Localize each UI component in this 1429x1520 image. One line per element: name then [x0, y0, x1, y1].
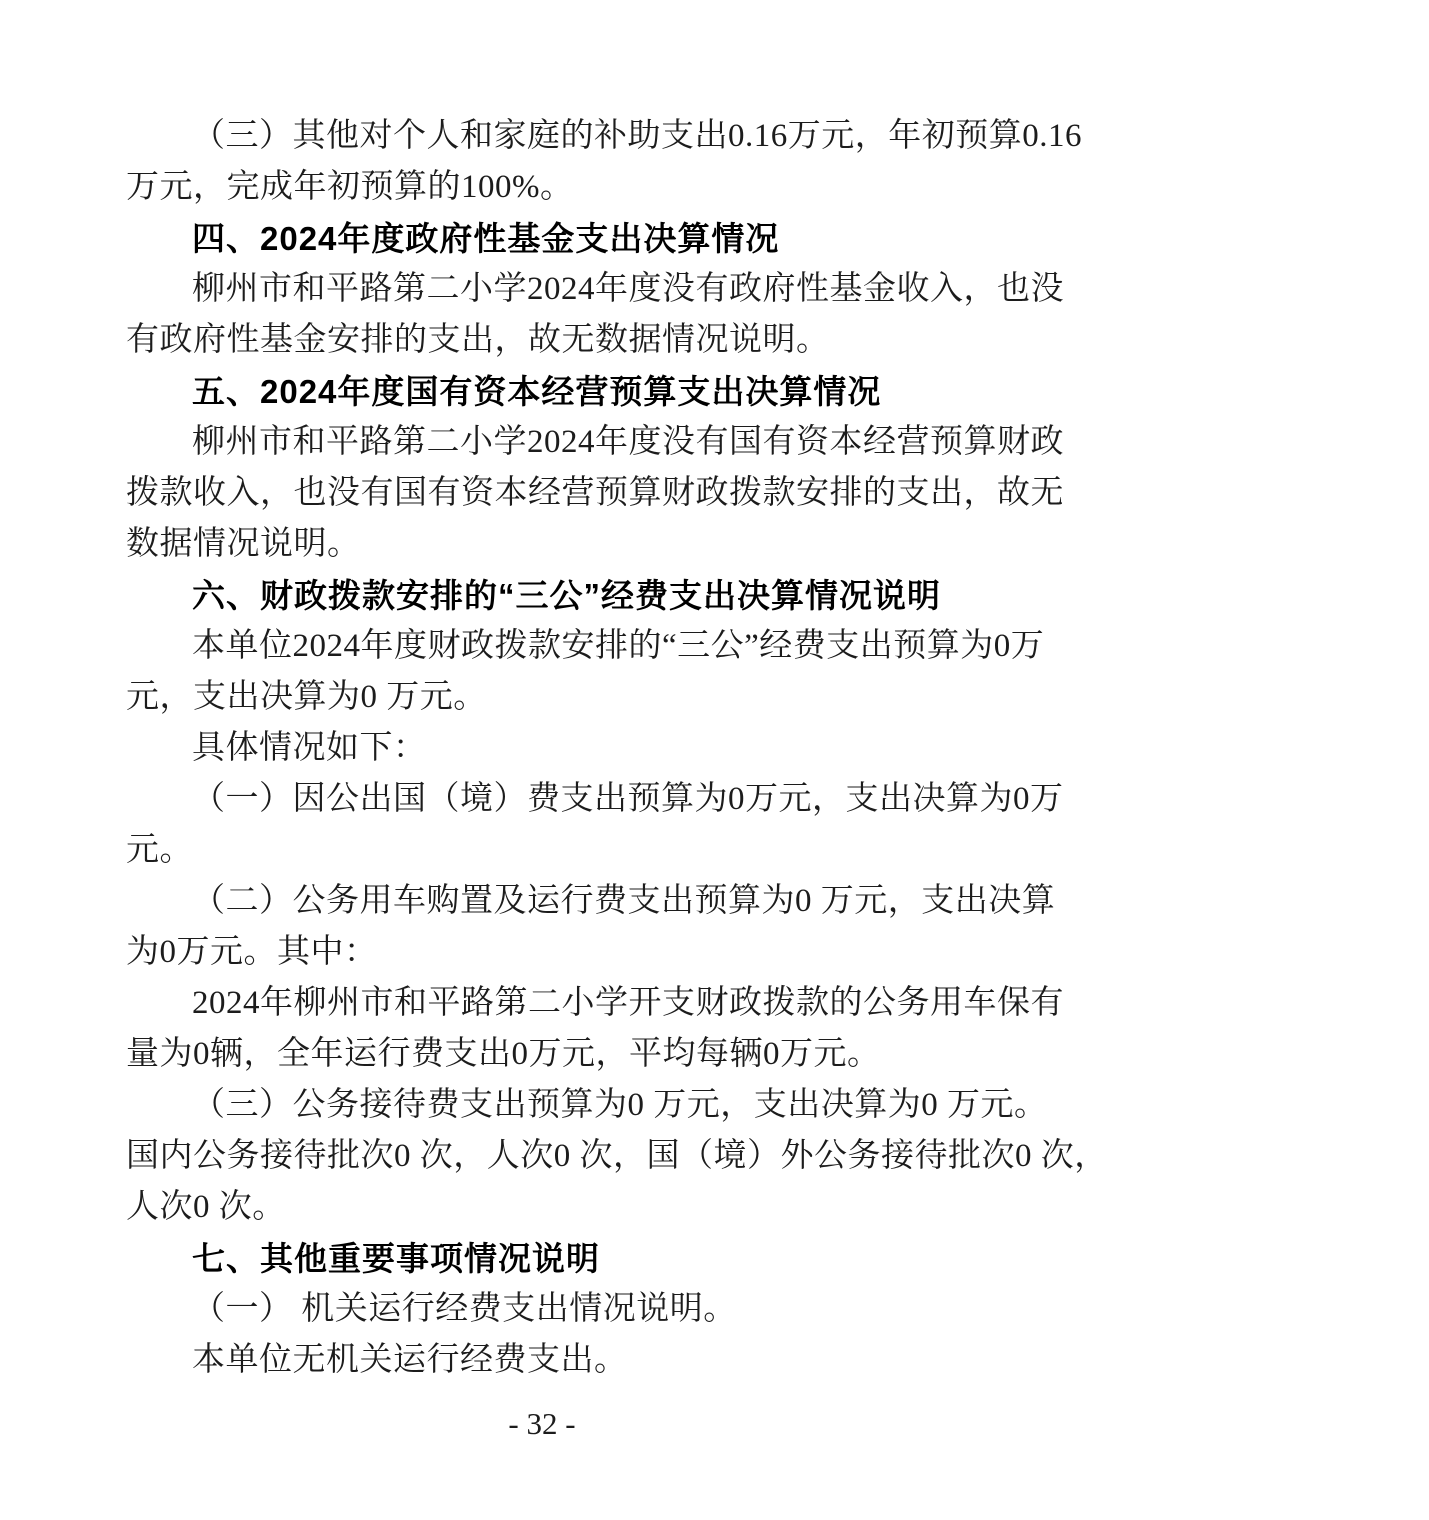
section-heading: 六、财政拨款安排的“三公”经费支出决算情况说明 [126, 570, 958, 621]
document-body: （三）其他对个人和家庭的补助支出0.16万元，年初预算0.16万元，完成年初预算… [126, 111, 958, 1386]
document-line: （一） 机关运行经费支出情况说明。 [126, 1284, 958, 1335]
document-line: 有政府性基金安排的支出，故无数据情况说明。 [126, 315, 958, 366]
document-line: （一）因公出国（境）费支出预算为0万元，支出决算为0万 [126, 774, 958, 825]
document-line: 柳州市和平路第二小学2024年度没有国有资本经营预算财政 [126, 417, 958, 468]
document-line: （二）公务用车购置及运行费支出预算为0 万元，支出决算 [126, 876, 958, 927]
document-line: （三）其他对个人和家庭的补助支出0.16万元，年初预算0.16 [126, 111, 958, 162]
document-line: 人次0 次。 [126, 1182, 958, 1233]
document-line: （三）公务接待费支出预算为0 万元，支出决算为0 万元。 [126, 1080, 958, 1131]
document-line: 数据情况说明。 [126, 519, 958, 570]
document-line: 元，支出决算为0 万元。 [126, 672, 958, 723]
document-line: 本单位2024年度财政拨款安排的“三公”经费支出预算为0万 [126, 621, 958, 672]
section-heading: 五、2024年度国有资本经营预算支出决算情况 [126, 366, 958, 417]
document-line: 量为0辆，全年运行费支出0万元，平均每辆0万元。 [126, 1029, 958, 1080]
document-line: 2024年柳州市和平路第二小学开支财政拨款的公务用车保有 [126, 978, 958, 1029]
document-page: （三）其他对个人和家庭的补助支出0.16万元，年初预算0.16万元，完成年初预算… [0, 0, 1429, 1520]
document-line: 万元，完成年初预算的100%。 [126, 162, 958, 213]
document-line: 元。 [126, 825, 958, 876]
document-line: 柳州市和平路第二小学2024年度没有政府性基金收入，也没 [126, 264, 958, 315]
document-line: 国内公务接待批次0 次，人次0 次，国（境）外公务接待批次0 次， [126, 1131, 958, 1182]
section-heading: 七、其他重要事项情况说明 [126, 1233, 958, 1284]
section-heading: 四、2024年度政府性基金支出决算情况 [126, 213, 958, 264]
document-line: 拨款收入，也没有国有资本经营预算财政拨款安排的支出，故无 [126, 468, 958, 519]
document-line: 为0万元。其中： [126, 927, 958, 978]
document-line: 本单位无机关运行经费支出。 [126, 1335, 958, 1386]
page-number: - 32 - [126, 1398, 958, 1449]
document-line: 具体情况如下： [126, 723, 958, 774]
